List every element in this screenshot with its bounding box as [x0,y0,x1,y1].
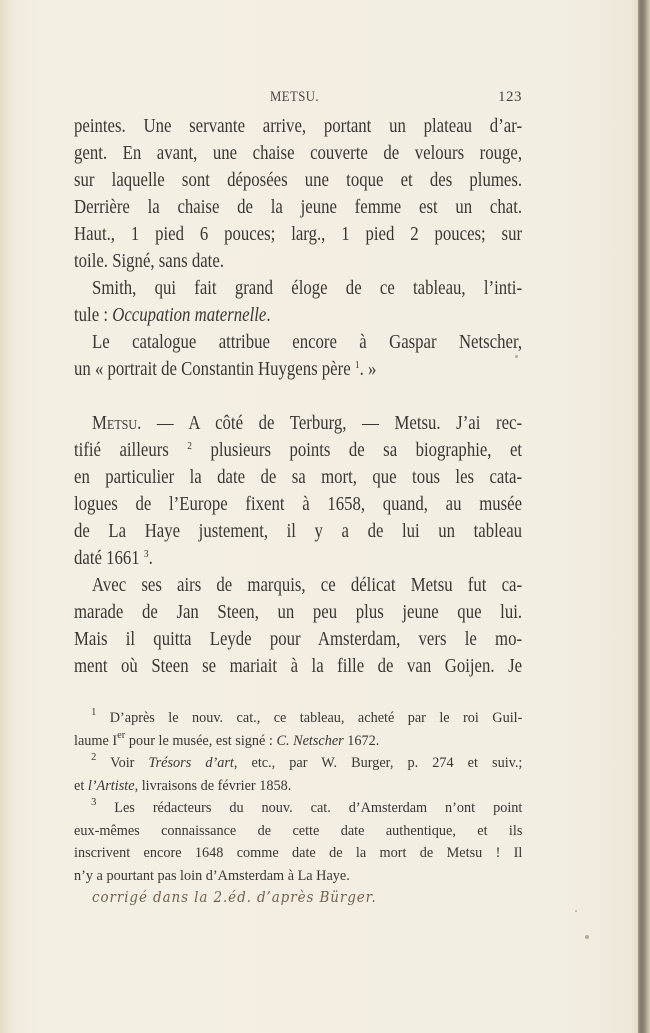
text-line: 2 Voir Trésors d’art, etc., par W. Burge… [74,752,522,775]
text-line: eux-mêmes connaissance de cette date aut… [74,820,522,843]
page-number: 123 [498,89,522,106]
text-span: et [74,778,88,794]
text-span: 1672. [344,733,380,749]
handwritten-annotation: corrigé dans la 2.éd. d’après Bürger. [92,888,377,906]
footnote-2: 2 Voir Trésors d’art, etc., par W. Burge… [74,752,522,797]
running-title: METSU. [270,89,319,106]
book-page: METSU. 123 peintes. Une servante arrive,… [0,0,640,1033]
paragraph-5: Avec ses airs de marquis, ce délicat Met… [74,572,522,680]
paper-speck [585,935,589,939]
footnote-3: 3 Les rédacteurs du nouv. cat. d’Amsterd… [74,797,522,887]
paragraph-1: peintes. Une servante arrive, portant un… [74,113,522,275]
text-line: inscrivent encore 1648 comme date de la … [74,842,522,865]
text-span: daté 1661 [74,548,140,569]
superscript: er [117,729,125,741]
text-span: laume I [74,733,117,749]
text-line: ment où Steen se mariait à la fille de v… [74,653,522,680]
footnote-1: 1 D’après le nouv. cat., ce tableau, ach… [74,707,522,752]
text-span: Les rédacteurs du nouv. cat. d’Amsterdam… [96,800,522,816]
text-line: sur laquelle sont déposées une toque et … [74,167,522,194]
text-line: de La Haye justement, il y a de lui un t… [74,518,522,545]
text-line: et l’Artiste, livraisons de février 1858… [74,775,522,798]
text-span: tule : [74,305,112,326]
paper-speck [515,355,518,358]
running-header: METSU. 123 [74,89,522,109]
text-span: . [149,548,153,569]
text-line: Derrière la chaise de la jeune femme est… [74,194,522,221]
text-line: Haut., 1 pied 6 pouces; larg., 1 pied 2 … [74,221,522,248]
text-span: . — A côté de Terburg, — Metsu. J’ai rec… [137,413,522,434]
footnotes: 1 D’après le nouv. cat., ce tableau, ach… [74,707,522,887]
text-line: 1 D’après le nouv. cat., ce tableau, ach… [74,707,522,730]
text-span: D’après le nouv. cat., ce tableau, achet… [96,710,522,726]
italic-title: l’Artiste [88,778,135,794]
paragraph-3: Le catalogue attribue encore à Gaspar Ne… [74,329,522,383]
italic-title: Trésors d’art [149,755,234,771]
paper-speck [575,910,577,912]
paragraph-2: Smith, qui fait grand éloge de ce tablea… [74,275,522,329]
book-page-edge [638,0,650,1033]
text-line: marade de Jan Steen, un peu plus jeune q… [74,599,522,626]
text-line: Le catalogue attribue encore à Gaspar Ne… [74,329,522,356]
text-line: gent. En avant, une chaise couverte de v… [74,140,522,167]
italic-title: Occupation maternelle [112,305,266,326]
text-line: laume Ier pour le musée, est signé : C. … [74,730,522,753]
section-gap [74,383,522,410]
text-span: plusieurs points de sa biographie, et [192,440,522,461]
text-line: tule : Occupation maternelle. [74,302,522,329]
text-line: Mais il quitta Leyde pour Amsterdam, ver… [74,626,522,653]
paragraph-4: Metsu. — A côté de Terburg, — Metsu. J’a… [74,410,522,572]
text-line: un « portrait de Constantin Huygens père… [74,356,522,383]
main-text: peintes. Une servante arrive, portant un… [74,113,522,680]
text-line: 3 Les rédacteurs du nouv. cat. d’Amsterd… [74,797,522,820]
italic-signature: C. Netscher [276,733,343,749]
text-span: . [266,305,270,326]
text-span: , etc., par W. Burger, p. 274 et suiv.; [234,755,523,771]
text-span: . » [360,359,377,380]
section-heading-metsu: Metsu [92,413,137,434]
text-span: tifié ailleurs [74,440,169,461]
text-line: daté 1661 3. [74,545,522,572]
text-line: Avec ses airs de marquis, ce délicat Met… [74,572,522,599]
text-span: pour le musée, est signé : [125,733,276,749]
text-line: peintes. Une servante arrive, portant un… [74,113,522,140]
text-span: Voir [96,755,148,771]
text-line: tifié ailleurs 2 plusieurs points de sa … [74,437,522,464]
text-line: logues de l’Europe fixent à 1658, quand,… [74,491,522,518]
text-line: n’y a pourtant pas loin d’Amsterdam à La… [74,865,522,888]
text-span: , livraisons de février 1858. [135,778,292,794]
text-line: en particulier la date de sa mort, que t… [74,464,522,491]
text-line: Smith, qui fait grand éloge de ce tablea… [74,275,522,302]
text-span: un « portrait de Constantin Huygens père [74,359,351,380]
text-line: toile. Signé, sans date. [74,248,522,275]
text-line: Metsu. — A côté de Terburg, — Metsu. J’a… [74,410,522,437]
